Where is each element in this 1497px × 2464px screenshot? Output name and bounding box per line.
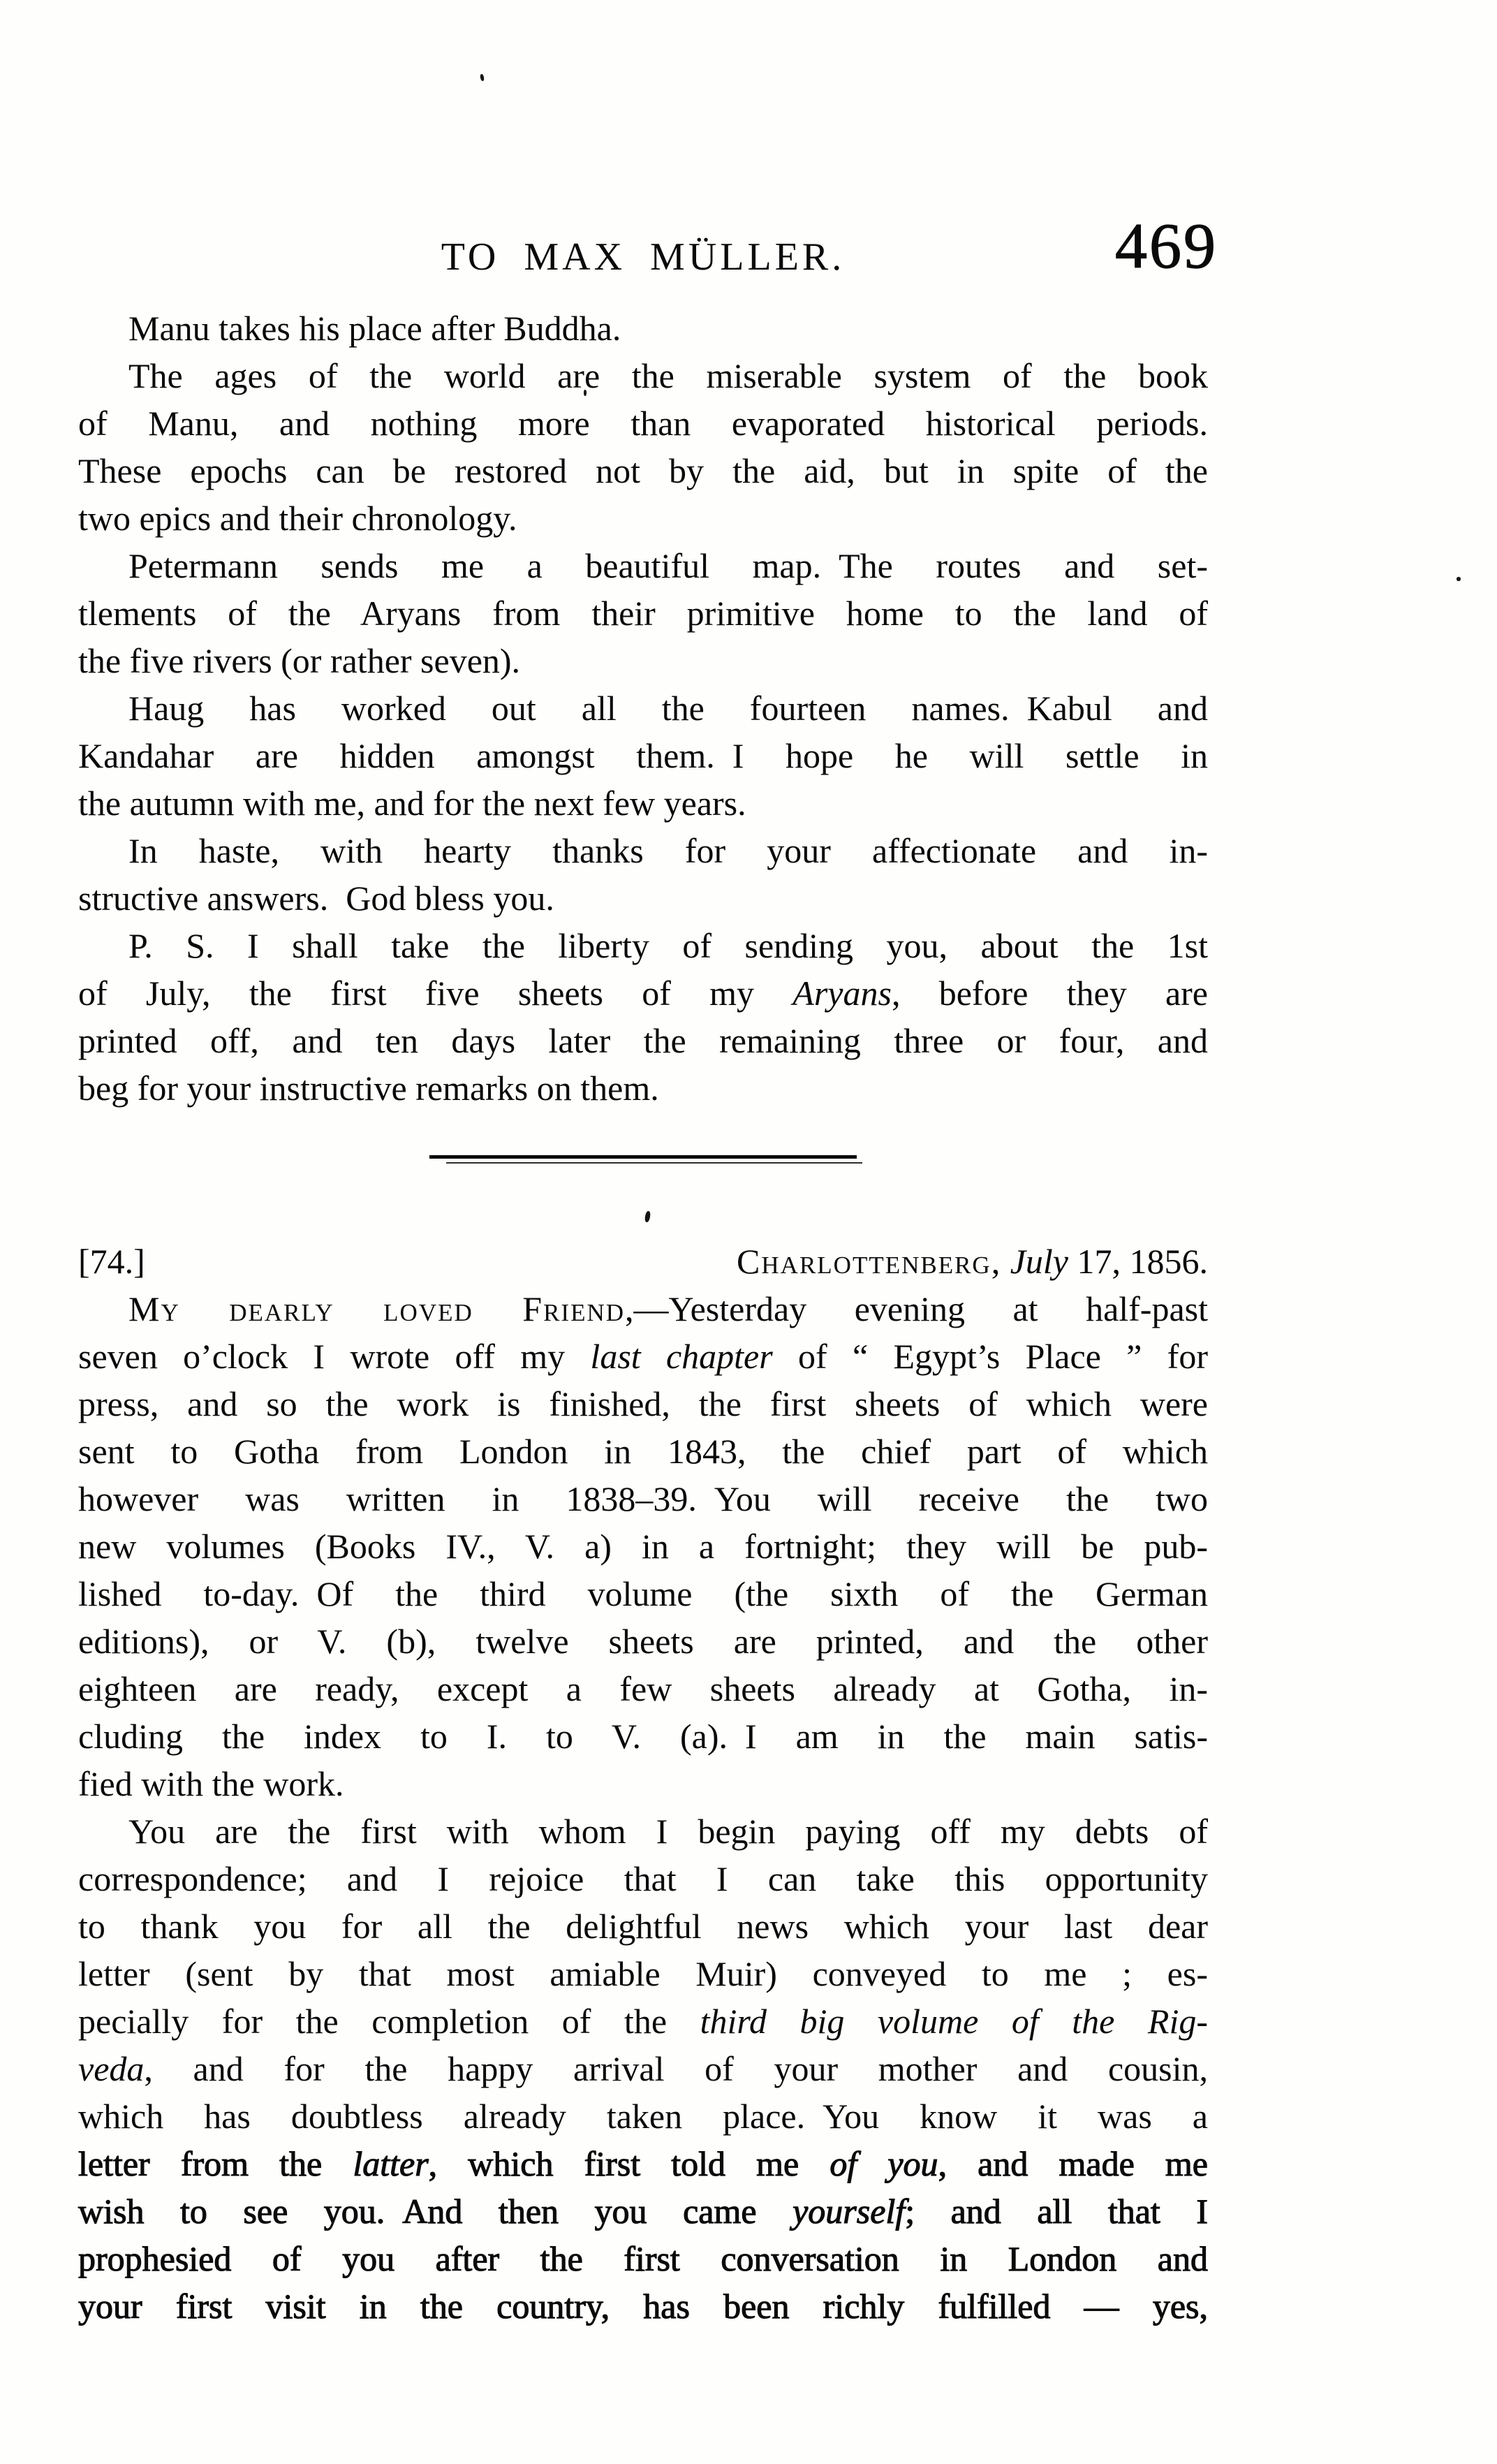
text-segment: printed off, and ten days later the rema…	[78, 1021, 1208, 1060]
text-line: eighteen are ready, except a few sheets …	[78, 1665, 1208, 1713]
text-segment: eighteen are ready, except a few sheets …	[78, 1669, 1208, 1708]
divider-ghost-line	[446, 1162, 862, 1164]
text-line: Manu takes his place after Buddha.	[78, 305, 1208, 352]
letter-body-previous: Manu takes his place after Buddha.The ag…	[78, 305, 1208, 1112]
text-segment: The ages of the world are the miserable …	[128, 356, 1208, 395]
text-line: your first visit in the country, has bee…	[78, 2282, 1208, 2330]
text-segment: your first visit in the country, has bee…	[78, 2287, 1208, 2326]
text-line: to thank you for all the delightful news…	[78, 1902, 1208, 1950]
text-segment: prophesied of you after the first conver…	[78, 2239, 1208, 2278]
scan-speck	[644, 1211, 651, 1223]
text-line: of July, the first five sheets of my Ary…	[78, 969, 1208, 1017]
text-line: letter (sent by that most amiable Muir) …	[78, 1950, 1208, 1997]
text-segment: tlements of the Aryans from their primit…	[78, 594, 1208, 633]
text-segment: third big volume of the Rig-	[700, 2002, 1208, 2041]
text-segment: editions), or V. (b), twelve sheets are …	[78, 1622, 1208, 1661]
text-segment: structive answers. God bless you.	[78, 879, 554, 918]
text-line: the autumn with me, and for the next few…	[78, 779, 1208, 827]
text-segment: press, and so the work is finished, the …	[78, 1384, 1208, 1423]
text-segment: My dearly loved Friend	[128, 1289, 625, 1328]
text-segment: Kandahar are hidden amongst them. I hope…	[78, 736, 1208, 775]
text-segment: of you	[829, 2144, 938, 2183]
text-line: sent to Gotha from London in 1843, the c…	[78, 1428, 1208, 1475]
section-divider-rule	[78, 1155, 1208, 1164]
text-line: printed off, and ten days later the rema…	[78, 1017, 1208, 1064]
text-segment: last chapter	[590, 1337, 772, 1376]
text-segment: letter (sent by that most amiable Muir) …	[78, 1954, 1208, 1993]
text-segment: Haug has worked out all the fourteen nam…	[128, 689, 1208, 728]
text-line: press, and so the work is finished, the …	[78, 1380, 1208, 1428]
text-segment: correspondence; and I rejoice that I can…	[78, 1859, 1208, 1898]
text-segment: fied with the work.	[78, 1764, 344, 1803]
text-segment: of July, the first five sheets of my	[78, 974, 792, 1013]
text-segment: of “ Egypt’s Place ” for	[773, 1337, 1208, 1376]
text-segment: Manu takes his place after Buddha.	[128, 309, 621, 348]
text-line: fied with the work.	[78, 1760, 1208, 1807]
divider-main-line	[429, 1155, 857, 1159]
text-segment: P. S. I shall take the liberty of sendin…	[128, 926, 1208, 965]
text-line: two epics and their chronology.	[78, 494, 1208, 542]
text-line: however was written in 1838–39. You will…	[78, 1475, 1208, 1523]
text-segment: however was written in 1838–39. You will…	[78, 1479, 1208, 1518]
text-line: My dearly loved Friend,—Yesterday evenin…	[78, 1285, 1208, 1333]
scan-speck	[480, 74, 485, 82]
text-segment: , which first told me	[429, 2144, 830, 2183]
letter-body-74: My dearly loved Friend,—Yesterday evenin…	[78, 1285, 1208, 2330]
text-line: new volumes (Books IV., V. a) in a fortn…	[78, 1523, 1208, 1570]
text-segment: wish to see you. And then you came	[78, 2192, 792, 2231]
text-segment: which has doubtless already taken place.…	[78, 2097, 1208, 2136]
text-segment: Charlottenberg,	[737, 1242, 1001, 1281]
text-segment: latter	[353, 2144, 428, 2183]
text-segment: , and made me	[938, 2144, 1208, 2183]
text-line: beg for your instructive remarks on them…	[78, 1064, 1208, 1112]
text-segment: two epics and their chronology.	[78, 499, 517, 538]
text-line: Haug has worked out all the fourteen nam…	[78, 684, 1208, 732]
text-segment: yourself	[792, 2192, 905, 2231]
text-segment: pecially for the completion of the	[78, 2002, 700, 2041]
text-line: structive answers. God bless you.	[78, 874, 1208, 922]
text-line: which has doubtless already taken place.…	[78, 2092, 1208, 2140]
text-segment: ; and all that I	[905, 2192, 1208, 2231]
text-segment: In haste, with hearty thanks for your af…	[128, 831, 1208, 870]
letter-heading: [74.] Charlottenberg, July 17, 1856.	[78, 1238, 1208, 1285]
text-segment: These epochs can be restored not by the …	[78, 451, 1208, 490]
text-segment	[1001, 1242, 1010, 1281]
text-segment: sent to Gotha from London in 1843, the c…	[78, 1432, 1208, 1471]
text-line: wish to see you. And then you came yours…	[78, 2187, 1208, 2235]
text-line: of Manu, and nothing more than evaporate…	[78, 399, 1208, 447]
text-line: You are the first with whom I begin payi…	[78, 1807, 1208, 1855]
text-segment: veda	[78, 2049, 144, 2088]
text-segment: 17, 1856.	[1068, 1242, 1208, 1281]
text-line: letter from the latter, which first told…	[78, 2140, 1208, 2187]
text-line: P. S. I shall take the liberty of sendin…	[78, 922, 1208, 969]
text-line: The ages of the world are the miserable …	[78, 352, 1208, 399]
text-line: Kandahar are hidden amongst them. I hope…	[78, 732, 1208, 779]
text-line: In haste, with hearty thanks for your af…	[78, 827, 1208, 874]
text-segment: , and for the happy arrival of your moth…	[144, 2049, 1208, 2088]
text-segment: letter from the	[78, 2144, 353, 2183]
running-title: TO MAX MÜLLER.	[78, 225, 1208, 289]
text-segment: cluding the index to I. to V. (a). I am …	[78, 1717, 1208, 1756]
text-segment: beg for your instructive remarks on them…	[78, 1069, 659, 1108]
text-line: the five rivers (or rather seven).	[78, 637, 1208, 684]
scan-speck	[1457, 577, 1461, 581]
text-segment: new volumes (Books IV., V. a) in a fortn…	[78, 1527, 1208, 1566]
scan-speck	[584, 390, 587, 396]
text-segment: the five rivers (or rather seven).	[78, 641, 520, 680]
text-segment: You are the first with whom I begin payi…	[128, 1812, 1208, 1851]
text-segment: July	[1010, 1242, 1068, 1281]
text-line: veda, and for the happy arrival of your …	[78, 2045, 1208, 2092]
text-segment: the autumn with me, and for the next few…	[78, 784, 746, 823]
scanned-book-page: TO MAX MÜLLER. 469 Manu takes his place …	[0, 0, 1497, 2464]
text-segment: to thank you for all the delightful news…	[78, 1907, 1208, 1946]
text-segment: Petermann sends me a beautiful map. The …	[128, 546, 1208, 585]
text-line: prophesied of you after the first conver…	[78, 2235, 1208, 2282]
text-line: editions), or V. (b), twelve sheets are …	[78, 1618, 1208, 1665]
text-line: pecially for the completion of the third…	[78, 1997, 1208, 2045]
text-line: These epochs can be restored not by the …	[78, 447, 1208, 494]
text-segment: ,—Yesterday evening at half-past	[625, 1289, 1208, 1328]
text-line: tlements of the Aryans from their primit…	[78, 589, 1208, 637]
text-segment: Aryans	[792, 974, 892, 1013]
text-line: cluding the index to I. to V. (a). I am …	[78, 1713, 1208, 1760]
text-segment: seven o’clock I wrote off my	[78, 1337, 590, 1376]
text-segment: , before they are	[892, 974, 1208, 1013]
text-segment: of Manu, and nothing more than evaporate…	[78, 404, 1208, 443]
letter-number: [74.]	[78, 1238, 145, 1285]
page-header: TO MAX MÜLLER. 469	[78, 225, 1208, 289]
page-number: 469	[1115, 214, 1218, 278]
text-line: seven o’clock I wrote off my last chapte…	[78, 1333, 1208, 1380]
text-line: Petermann sends me a beautiful map. The …	[78, 542, 1208, 589]
text-segment: lished to-day. Of the third volume (the …	[78, 1574, 1208, 1613]
dateline: Charlottenberg, July 17, 1856.	[737, 1238, 1208, 1285]
text-line: correspondence; and I rejoice that I can…	[78, 1855, 1208, 1902]
text-line: lished to-day. Of the third volume (the …	[78, 1570, 1208, 1618]
